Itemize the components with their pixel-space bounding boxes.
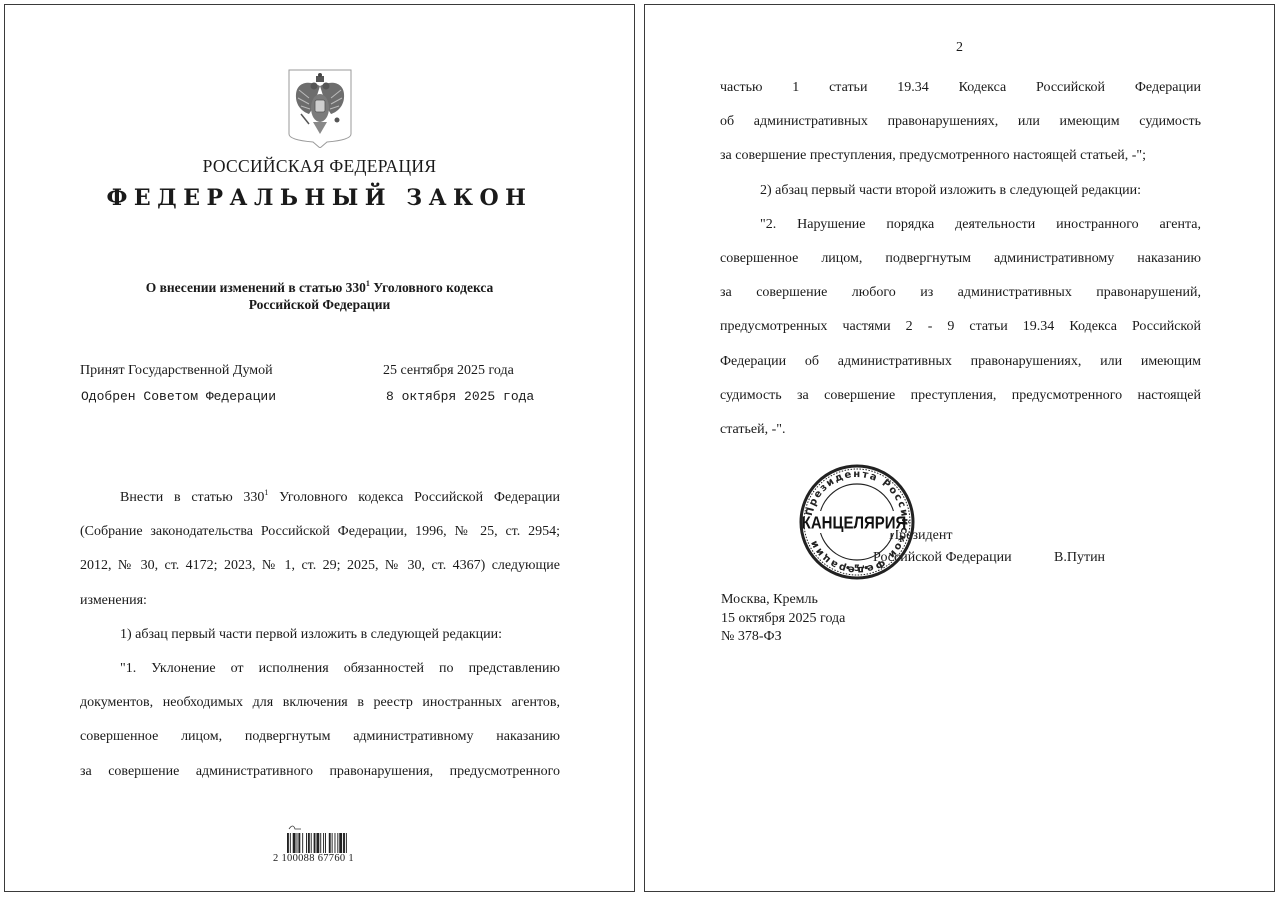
document-type-title: ФЕДЕРАЛЬНЫЙ ЗАКОН: [5, 185, 634, 211]
body-line: статьей, -".: [720, 413, 1201, 447]
signatory-name: В.Путин: [1054, 550, 1105, 566]
body-line: за совершение любого из административных…: [720, 276, 1201, 310]
body-line: за совершение административного правонар…: [80, 755, 560, 789]
body-line: "1. Уклонение от исполнения обязанностей…: [80, 652, 560, 686]
body-line: Внести в статью 3301 Уголовного кодекса …: [80, 481, 560, 515]
body-line: изменения:: [80, 584, 560, 618]
signing-info: Москва, Кремль 15 октября 2025 года № 37…: [721, 591, 845, 647]
body-line: совершенное лицом, подвергнутым админист…: [720, 242, 1201, 276]
body-line: за совершение преступления, предусмотрен…: [720, 139, 1201, 173]
body-line: предусмотренных частями 2 - 9 статьи 19.…: [720, 310, 1201, 344]
subject-text: Российской Федерации: [249, 297, 391, 312]
body-line: 2) абзац первый части второй изложить в …: [720, 174, 1201, 208]
stamp-number: • 5 •: [845, 564, 869, 574]
law-subject: О внесении изменений в статью 3301 Уголо…: [5, 279, 634, 313]
document-page-2: 2 частью 1 статьи 19.34 Кодекса Российск…: [644, 4, 1275, 892]
law-body-text: частью 1 статьи 19.34 Кодекса Российской…: [720, 71, 1201, 447]
body-line: совершенное лицом, подвергнутым админист…: [80, 720, 560, 754]
body-line: 2012, № 30, ст. 4172; 2023, № 1, ст. 29;…: [80, 549, 560, 583]
barcode-number: 2 100088 67760 1: [273, 853, 354, 864]
subject-text: Уголовного кодекса: [370, 280, 493, 295]
body-line: частью 1 статьи 19.34 Кодекса Российской…: [720, 71, 1201, 105]
official-stamp-icon: Президента Российской Федерации КАНЦЕЛЯР…: [798, 463, 916, 581]
body-line: 1) абзац первый части первой изложить в …: [80, 618, 560, 652]
body-line: Федерации об административных правонаруш…: [720, 345, 1201, 379]
coat-of-arms-icon: [287, 68, 353, 148]
body-line: (Собрание законодательства Российской Фе…: [80, 515, 560, 549]
law-number: № 378-ФЗ: [721, 628, 845, 647]
signing-date: 15 октября 2025 года: [721, 610, 845, 629]
page-number: 2: [645, 40, 1274, 56]
body-line: об административных правонарушениях, или…: [720, 105, 1201, 139]
stamp-center-text: КАНЦЕЛЯРИЯ: [802, 514, 907, 533]
approved-label: Одобрен Советом Федерации: [81, 389, 276, 404]
document-page-1: РОССИЙСКАЯ ФЕДЕРАЦИЯ ФЕДЕРАЛЬНЫЙ ЗАКОН О…: [4, 4, 635, 892]
law-body-text: Внести в статью 3301 Уголовного кодекса …: [80, 481, 560, 789]
body-line: документов, необходимых для включения в …: [80, 686, 560, 720]
approved-date: 8 октября 2025 года: [386, 389, 534, 404]
country-header: РОССИЙСКАЯ ФЕДЕРАЦИЯ: [5, 156, 634, 177]
adopted-date: 25 сентября 2025 года: [383, 363, 514, 379]
adopted-label: Принят Государственной Думой: [80, 363, 273, 379]
subject-text: О внесении изменений в статью 330: [146, 280, 366, 295]
signing-place: Москва, Кремль: [721, 591, 845, 610]
body-line: "2. Нарушение порядка деятельности иност…: [720, 208, 1201, 242]
body-line: судимость за совершение преступления, пр…: [720, 379, 1201, 413]
